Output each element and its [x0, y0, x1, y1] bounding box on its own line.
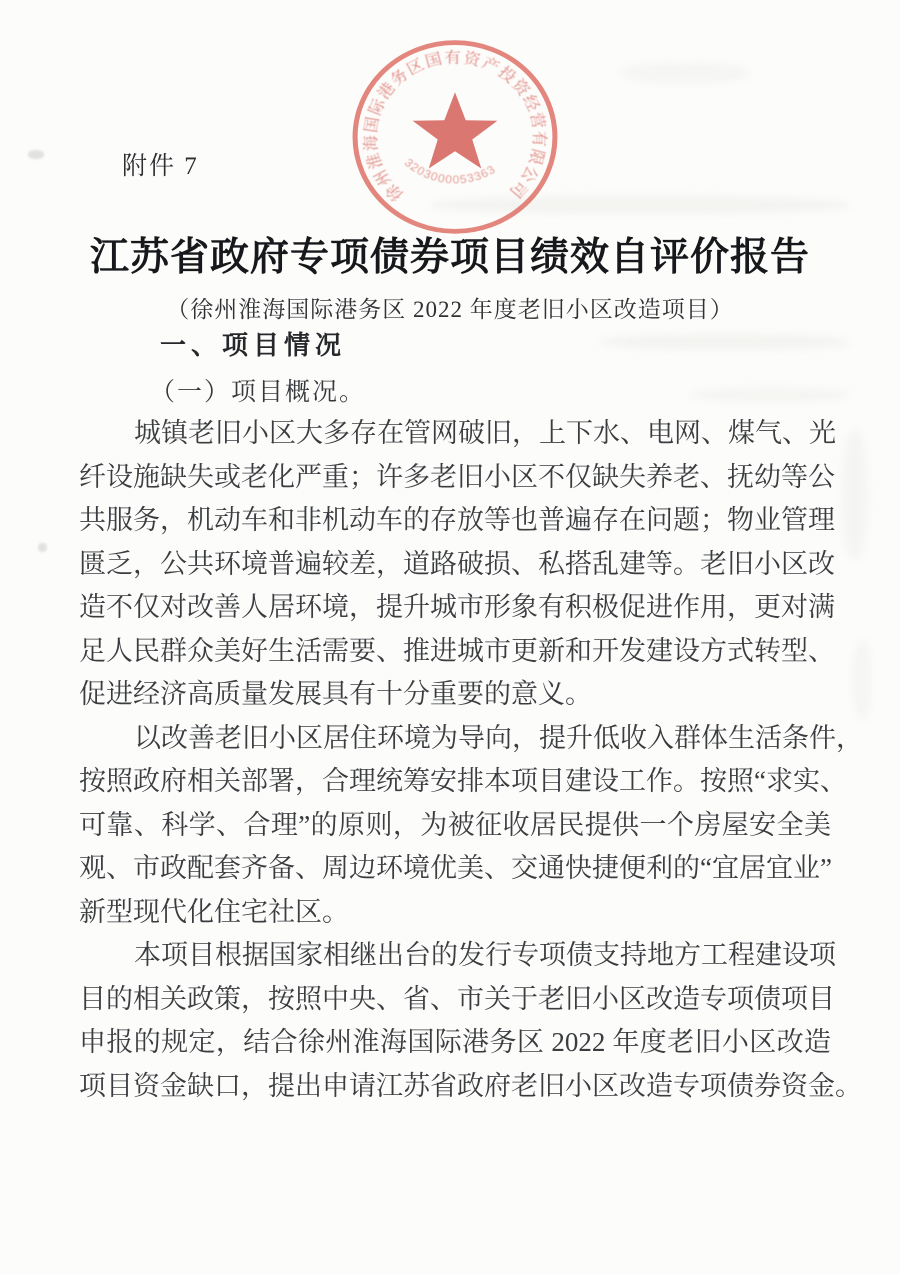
body-line: 申报的规定，结合徐州淮海国际港务区 2022 年度老旧小区改造 — [79, 1021, 831, 1065]
body-line: 共服务，机动车和非机动车的存放等也普遍存在问题；物业管理 — [79, 499, 831, 543]
body-line: 可靠、科学、合理”的原则，为被征收居民提供一个房屋安全美 — [79, 804, 831, 848]
body-line: 促进经济高质量发展具有十分重要的意义。 — [79, 673, 831, 717]
body-line: 匮乏，公共环境普遍较差，道路破损、私搭乱建等。老旧小区改 — [79, 543, 831, 587]
svg-text:3203000053363: 3203000053363 — [402, 156, 499, 186]
body-line: 足人民群众美好生活需要、推进城市更新和开发建设方式转型、 — [79, 630, 831, 674]
subsection-heading: （一）项目概况。 — [150, 372, 366, 408]
body-line: 新型现代化住宅社区。 — [79, 891, 831, 935]
scan-artifact — [620, 62, 750, 84]
body-line: 观、市政配套齐备、周边环境优美、交通快捷便利的“宜居宜业” — [79, 847, 831, 891]
body-line: 按照政府相关部署，合理统筹安排本项目建设工作。按照“求实、 — [79, 760, 831, 804]
attachment-label: 附件 7 — [122, 146, 199, 182]
report-subtitle: （徐州淮海国际港务区 2022 年度老旧小区改造项目） — [0, 291, 900, 324]
star-icon — [413, 92, 498, 168]
report-title: 江苏省政府专项债券项目绩效自评价报告 — [0, 226, 900, 282]
official-stamp: 徐州淮海国际港务区国有资产投资经营有限公司 3203000053363 — [348, 36, 562, 238]
section-heading: 一、项目情况 — [160, 325, 346, 362]
scan-artifact — [28, 150, 44, 159]
body-line: 纤设施缺失或老化严重；许多老旧小区不仅缺失养老、抚幼等公 — [79, 456, 831, 500]
stamp-serial-number: 3203000053363 — [402, 156, 499, 186]
scan-artifact — [852, 640, 872, 720]
scanned-document-page: 徐州淮海国际港务区国有资产投资经营有限公司 3203000053363 附件 7… — [0, 0, 900, 1274]
document-body: 城镇老旧小区大多存在管网破旧，上下水、电网、煤气、光 纤设施缺失或老化严重；许多… — [79, 412, 831, 1108]
body-line: 造不仅对改善人居环境，提升城市形象有积极促进作用，更对满 — [79, 586, 831, 630]
scan-artifact — [600, 334, 850, 350]
scan-artifact — [38, 543, 47, 552]
body-line: 城镇老旧小区大多存在管网破旧，上下水、电网、煤气、光 — [79, 412, 831, 456]
scan-artifact — [842, 430, 868, 560]
body-line: 本项目根据国家相继出台的发行专项债支持地方工程建设项 — [79, 934, 831, 978]
body-line: 目的相关政策，按照中央、省、市关于老旧小区改造专项债项目 — [79, 978, 831, 1022]
scan-artifact — [690, 388, 850, 402]
body-line: 以改善老旧小区居住环境为导向，提升低收入群体生活条件， — [79, 717, 831, 761]
body-line: 项目资金缺口，提出申请江苏省政府老旧小区改造专项债券资金。 — [79, 1065, 831, 1109]
